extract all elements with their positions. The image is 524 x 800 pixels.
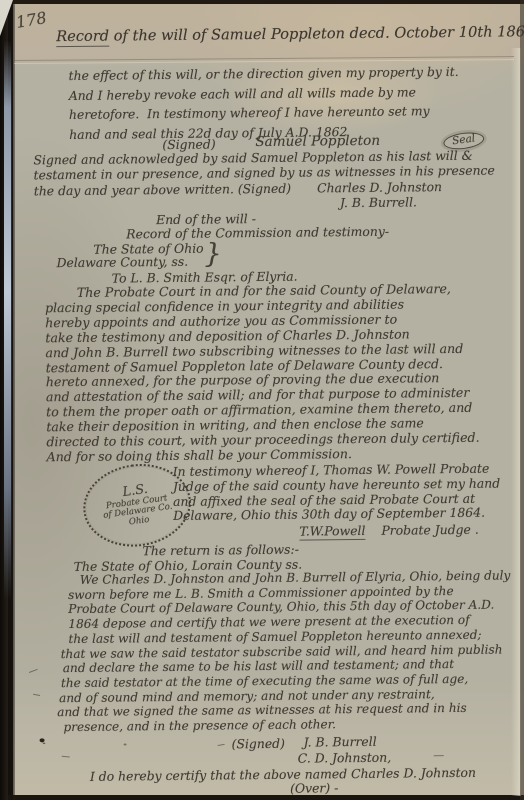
witness-signature: J. B. Burrell.: [340, 194, 417, 210]
certification-line: I do hereby certify that the above named…: [90, 765, 476, 784]
signed-label: (Signed): [232, 736, 285, 752]
attestation-clause: Signed and acknowledged by said Samuel P…: [33, 148, 495, 199]
caption-brace: }: [204, 238, 222, 269]
witness-signature: C. D. Johnston,: [298, 750, 392, 766]
handwritten-content: 178 Record of the will of Samuel Popplet…: [0, 0, 524, 800]
pencil-mark: [262, 741, 264, 743]
judge-signature: T.W.Powell: [299, 523, 365, 541]
over-marker: (Over) -: [290, 780, 338, 796]
return-body: We Charles D. Johnston and John B. Burre…: [68, 568, 512, 734]
witness-signature: J. B. Burrell: [304, 734, 377, 750]
will-continuation: the effect of this will, or the directio…: [68, 62, 459, 144]
judge-signature-row: T.W.PowellProbate Judge .: [299, 522, 479, 539]
testimonium-clause: In testimony whereof I, Thomas W. Powell…: [173, 462, 501, 525]
title-underlined-word: Record: [56, 28, 109, 48]
testator-signature: Samuel Poppleton: [255, 133, 380, 150]
pencil-mark: [29, 669, 38, 673]
pencil-mark: [62, 756, 70, 758]
ink-blot: [40, 738, 45, 742]
seal-text-line: Ohio: [128, 516, 150, 528]
attestation-line-text: the day and year above written. (Signed): [34, 180, 291, 198]
seal-stamp: Seal: [443, 128, 484, 149]
will-text-line: heretofore. In testimony whereof I have …: [69, 101, 459, 125]
judge-title: Probate Judge .: [381, 522, 478, 538]
pencil-mark: [218, 744, 225, 746]
pencil-mark: [33, 694, 40, 696]
commission-body: The Probate Court in and for the said Co…: [45, 282, 480, 465]
county-caption: Delaware County, ss.: [56, 254, 188, 270]
return-intro: The return is as follows:-: [142, 542, 298, 559]
page-number: 178: [15, 8, 48, 32]
pencil-mark: [266, 746, 268, 748]
ledger-page-scan: 178 Record of the will of Samuel Popplet…: [0, 0, 524, 800]
witness-signature: Charles D. Johnston: [317, 179, 442, 195]
section-heading-record-commission: Record of the Commission and testimony-: [126, 224, 389, 242]
pencil-mark: [124, 743, 127, 745]
document-title: Record of the will of Samuel Poppleton d…: [56, 23, 524, 45]
title-rest: of the will of Samuel Poppleton decd. Oc…: [109, 23, 524, 45]
pencil-mark: [434, 755, 444, 756]
